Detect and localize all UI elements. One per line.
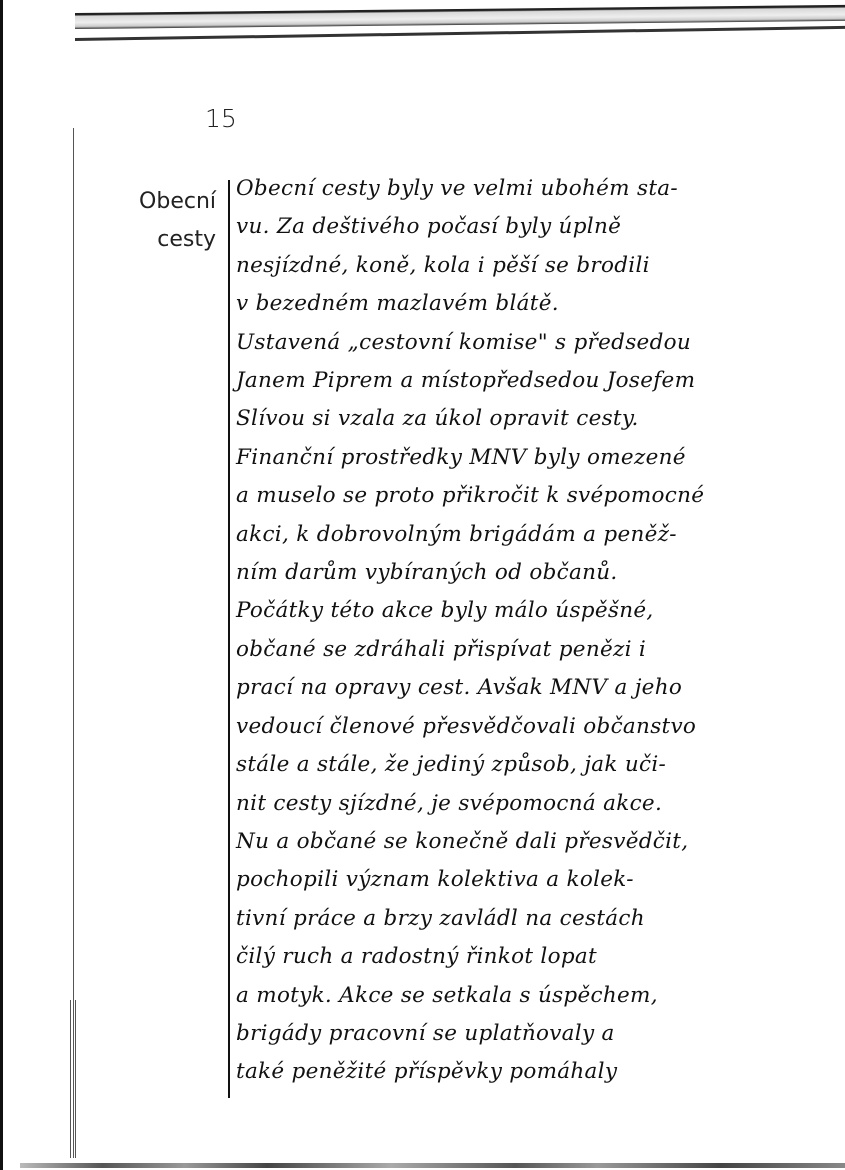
text-line: prací na opravy cest. Avšak MNV a jeho <box>236 669 826 707</box>
text-line: Nu a občané se konečně dali přesvědčit, <box>236 823 826 861</box>
text-line: nesjízdné, koně, kola i pěší se brodili <box>236 247 826 285</box>
side-heading: Obecní cesty <box>96 183 216 259</box>
scan-bottom-edge <box>20 1163 845 1168</box>
text-line: Slívou si vzala za úkol opravit cesty. <box>236 400 826 438</box>
handwritten-body-text: Obecní cesty byly ve velmi ubohém sta- v… <box>236 170 826 1092</box>
scan-left-edge <box>0 0 3 1170</box>
outer-margin-double-rule <box>70 1000 76 1158</box>
binding-rule <box>75 26 845 41</box>
text-line: nit cesty sjízdné, je svépomocná akce. <box>236 785 826 823</box>
text-line: Ustavená „cestovní komise" s předsedou <box>236 324 826 362</box>
side-heading-line: cesty <box>96 221 216 259</box>
text-line: Finanční prostředky MNV byly omezené <box>236 439 826 477</box>
text-line: Počátky této akce byly málo úspěšné, <box>236 592 826 630</box>
text-line: a motyk. Akce se setkala s úspěchem, <box>236 977 826 1015</box>
binding-edge-top <box>75 13 845 43</box>
text-line: brigády pracovní se uplatňovaly a <box>236 1015 826 1053</box>
text-line: ním darům vybíraných od občanů. <box>236 554 826 592</box>
side-heading-line: Obecní <box>96 183 216 221</box>
text-line: tivní práce a brzy zavládl na cestách <box>236 900 826 938</box>
text-line: a muselo se proto přikročit k svépomocné <box>236 477 826 515</box>
text-line: občané se zdráhali přispívat penězi i <box>236 631 826 669</box>
text-line: také peněžité příspěvky pomáhaly <box>236 1053 826 1091</box>
page-number: 15 <box>205 104 237 133</box>
binding-band <box>75 5 845 29</box>
text-line: čilý ruch a radostný řinkot lopat <box>236 938 826 976</box>
text-line: akci, k dobrovolným brigádám a peněž- <box>236 516 826 554</box>
text-line: v bezedném mazlavém blátě. <box>236 285 826 323</box>
text-line: pochopili význam kolektiva a kolek- <box>236 861 826 899</box>
text-line: Obecní cesty byly ve velmi ubohém sta- <box>236 170 826 208</box>
content-margin-rule <box>228 180 230 1098</box>
text-line: vedoucí členové přesvědčovali občanstvo <box>236 708 826 746</box>
text-line: Janem Piprem a místopředsedou Josefem <box>236 362 826 400</box>
text-line: vu. Za deštivého počasí byly úplně <box>236 208 826 246</box>
text-line: stále a stále, že jediný způsob, jak uči… <box>236 746 826 784</box>
